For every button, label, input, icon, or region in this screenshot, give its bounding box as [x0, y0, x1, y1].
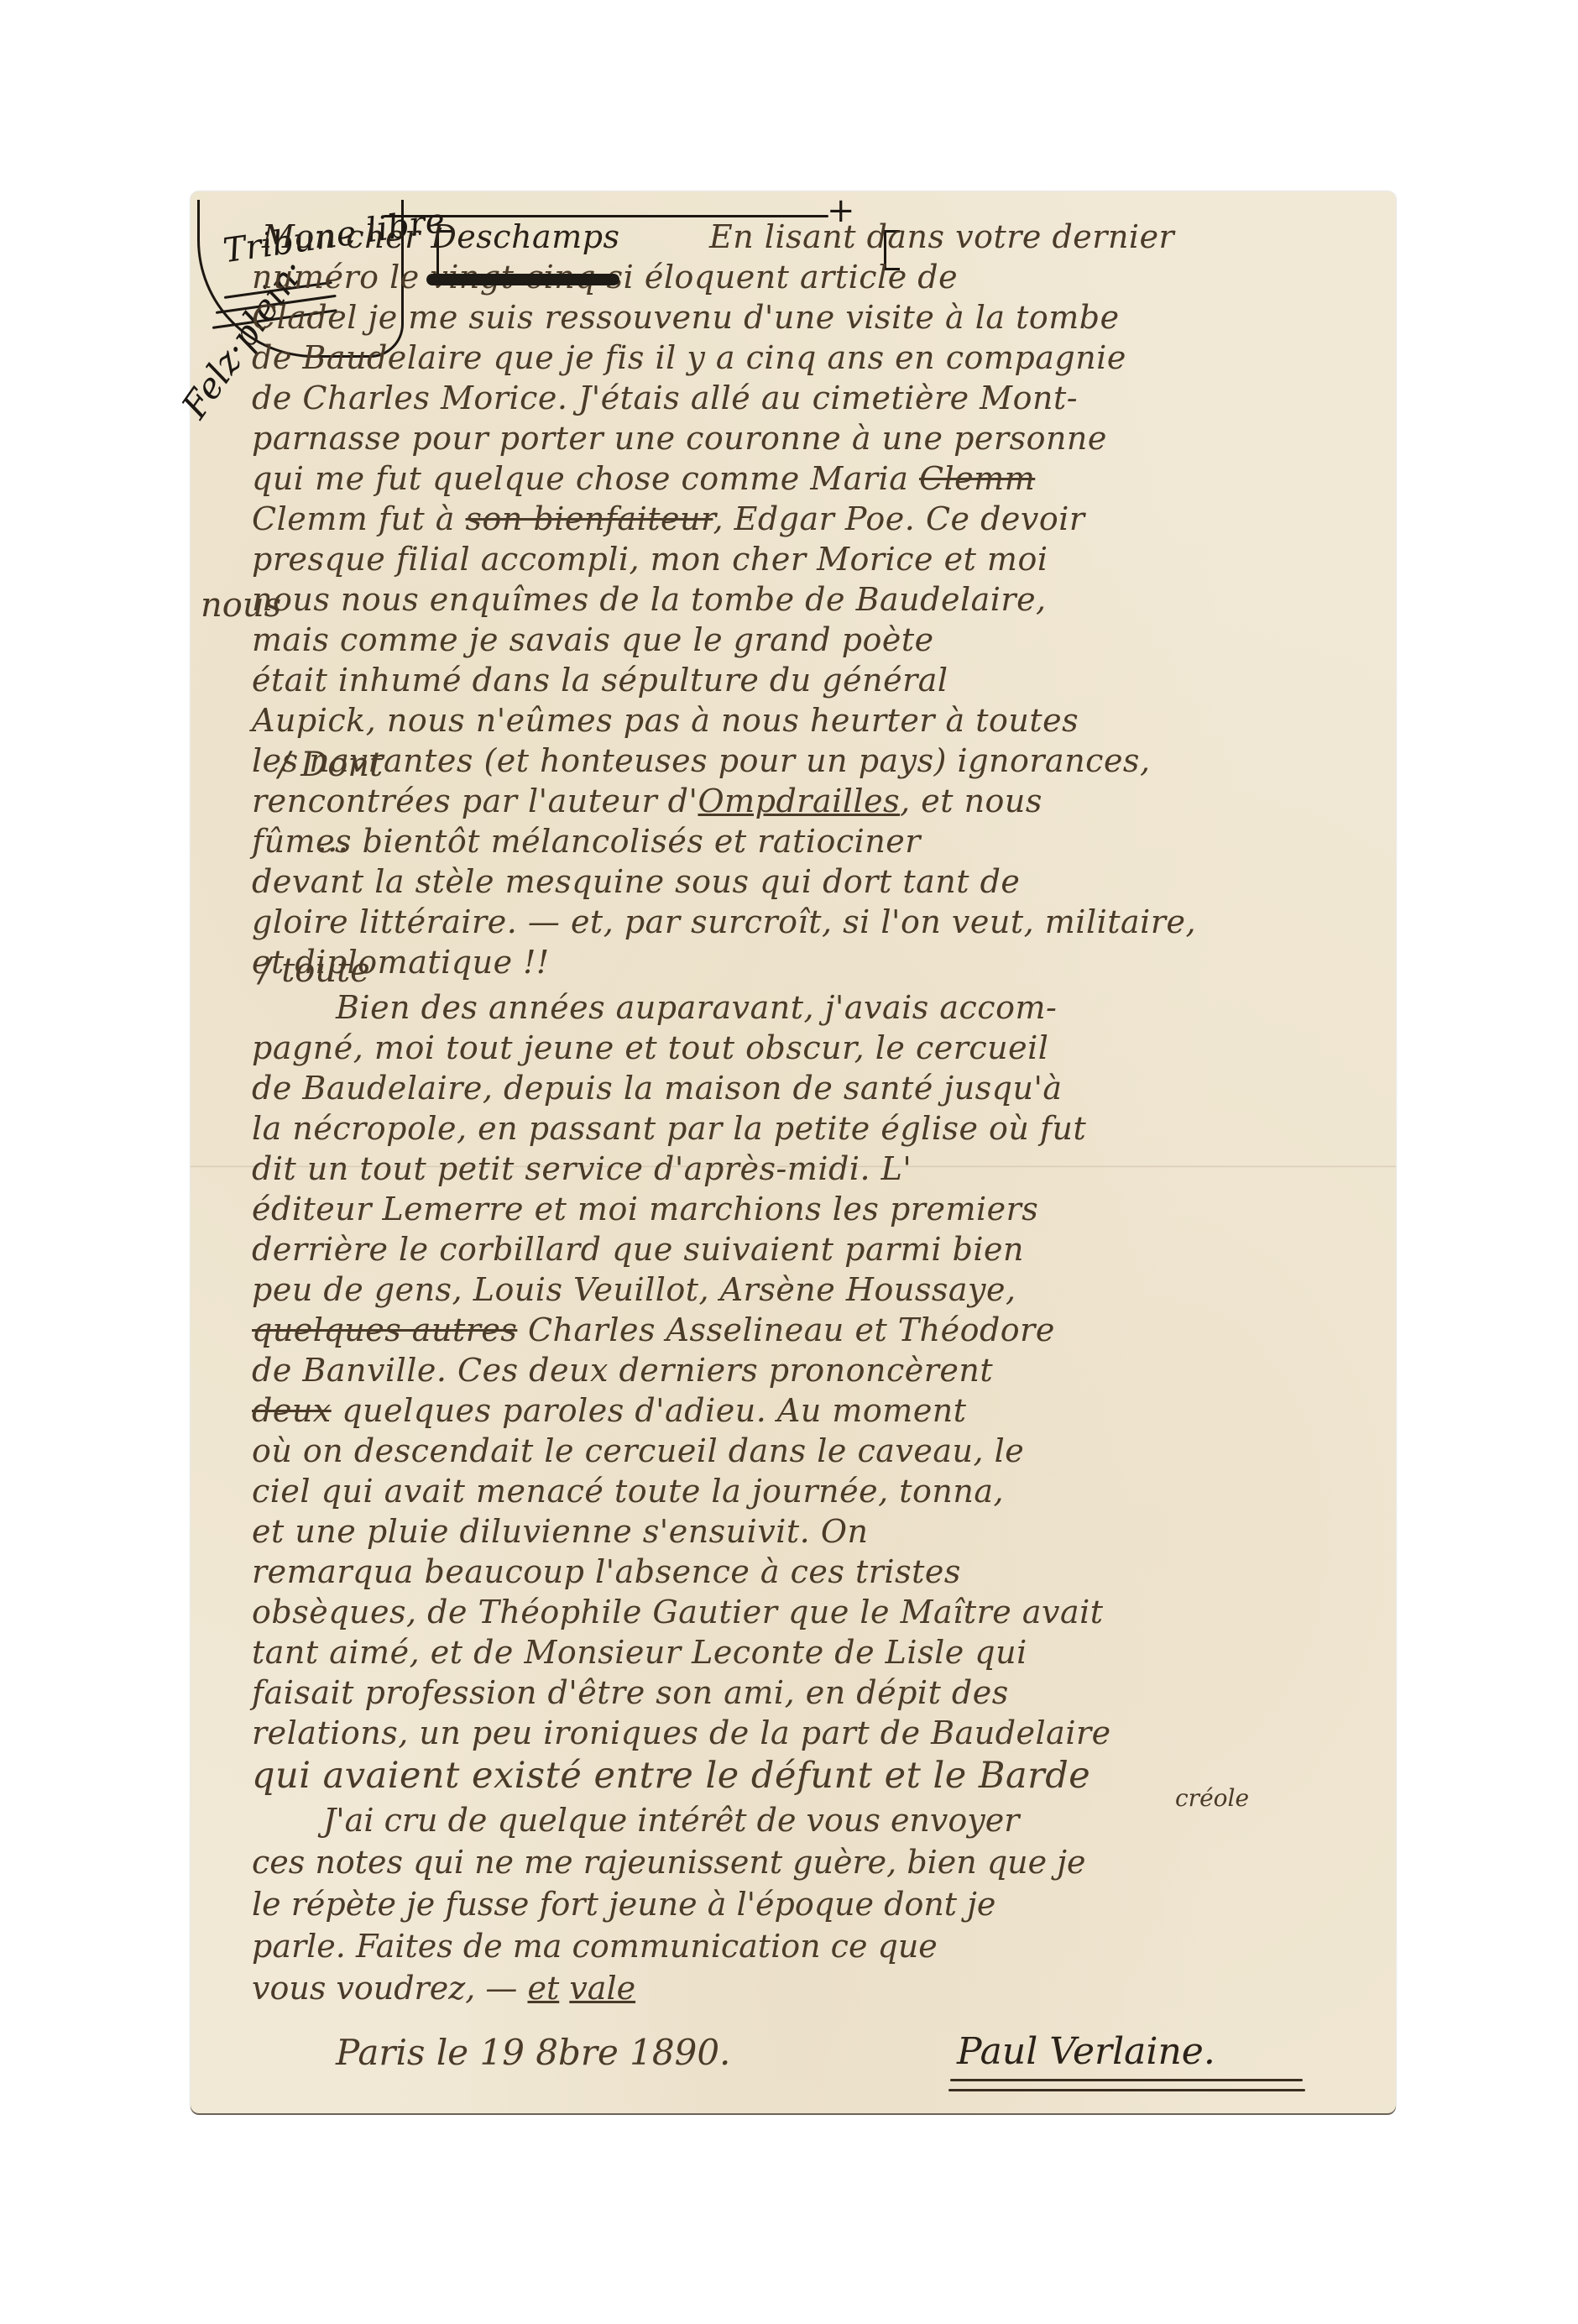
letter-line-5: de Charles Morice. J'étais allé au cimet… — [252, 379, 1078, 416]
letter-line-36: tant aimé, et de Monsieur Leconte de Lis… — [252, 1634, 1027, 1671]
top-guide-line — [384, 215, 828, 217]
letter-line-19: et diplomatique !! — [252, 944, 550, 981]
salutation: Mon cher Deschamps — [262, 218, 620, 255]
letter-line-8: Clemm fut à son bienfaiteur, Edgar Poe. … — [252, 500, 1085, 537]
letter-line-41: ces notes qui ne me rajeunissent guère, … — [252, 1844, 1085, 1881]
letter-line-25: éditeur Lemerre et moi marchions les pre… — [252, 1191, 1038, 1227]
letter-line-14: les navrantes (et honteuses pour un pays… — [252, 742, 1151, 779]
inline-insert-creole: créole — [1175, 1784, 1249, 1812]
letter-line-33: et une pluie diluvienne s'ensuivit. On — [252, 1513, 868, 1550]
letter-line-35: obsèques, de Théophile Gautier que le Ma… — [252, 1594, 1104, 1630]
letter-line-2: numéro le vingt-cinq si éloquent article… — [252, 259, 958, 296]
letter-line-6: parnasse pour porter une couronne à une … — [252, 420, 1107, 457]
letter-line-42: le répète je fusse fort jeune à l'époque… — [252, 1886, 995, 1923]
letter-line-38: relations, un peu ironiques de la part d… — [252, 1714, 1111, 1751]
letter-line-37: faisait profession d'être son ami, en dé… — [252, 1674, 1009, 1711]
letter-line-3: Cladel je me suis ressouvenu d'une visit… — [252, 299, 1120, 336]
letter-line-7: qui me fut quelque chose comme Maria Cle… — [252, 460, 1035, 497]
date-line: Paris le 19 8bre 1890. — [336, 2032, 730, 2073]
letter-line-11: mais comme je savais que le grand poète — [252, 621, 934, 658]
letter-line-18: gloire littéraire. — et, par surcroît, s… — [252, 903, 1196, 940]
signature-underline-2 — [948, 2089, 1305, 2091]
letter-line-9: presque filial accompli, mon cher Morice… — [252, 541, 1048, 578]
signature-underline-1 — [950, 2079, 1303, 2081]
letter-line-30: deux quelques paroles d'adieu. Au moment — [252, 1392, 967, 1429]
letter-line-21: pagné, moi tout jeune et tout obscur, le… — [252, 1029, 1048, 1066]
letter-line-16: fûmes bientôt mélancolisés et ratiociner — [252, 823, 921, 860]
letter-line-44: vous voudrez, — et vale — [252, 1970, 635, 2007]
letter-line-23: la nécropole, en passant par la petite é… — [252, 1110, 1086, 1147]
letter-line-43: parle. Faites de ma communication ce que — [252, 1928, 938, 1965]
letter-line-15: rencontrées par l'auteur d'Ompdrailles, … — [252, 783, 1042, 819]
signature: Paul Verlaine. — [957, 2030, 1215, 2073]
letter-line-28: quelques autres Charles Asselineau et Th… — [252, 1311, 1055, 1348]
letter-line-1: Mon cher Deschamps — [262, 218, 620, 255]
letter-line-20: Bien des années auparavant, j'avais acco… — [336, 989, 1057, 1026]
letter-line-10: nous nous enquîmes de la tombe de Baudel… — [252, 581, 1047, 618]
letter-line-32: ciel qui avait menacé toute la journée, … — [252, 1473, 1004, 1510]
letter-line-34: remarqua beaucoup l'absence à ces triste… — [252, 1553, 961, 1590]
letter-line-17: devant la stèle mesquine sous qui dort t… — [252, 863, 1020, 900]
letter-line-24: dit un tout petit service d'après-midi. … — [252, 1150, 912, 1187]
letter-line-40: J'ai cru de quelque intérêt de vous envo… — [323, 1802, 1019, 1839]
letter-line-4: de Baudelaire que je fis il y a cinq ans… — [252, 339, 1126, 376]
letter-line-1b: En lisant dans votre dernier — [709, 218, 1174, 255]
letter-line-13: Aupick, nous n'eûmes pas à nous heurter … — [252, 702, 1079, 739]
letter-line-12: était inhumé dans la sépulture du généra… — [252, 662, 948, 699]
letter-line-29: de Banville. Ces deux derniers prononcèr… — [252, 1352, 993, 1389]
letter-line-39: qui avaient existé entre le défunt et le… — [252, 1755, 1090, 1797]
letter-line-31: où on descendait le cercueil dans le cav… — [252, 1432, 1024, 1469]
letter-line-22: de Baudelaire, depuis la maison de santé… — [252, 1070, 1063, 1107]
letter-line-26: derrière le corbillard que suivaient par… — [252, 1231, 1024, 1268]
letter-line-27: peu de gens, Louis Veuillot, Arsène Hous… — [252, 1271, 1016, 1308]
